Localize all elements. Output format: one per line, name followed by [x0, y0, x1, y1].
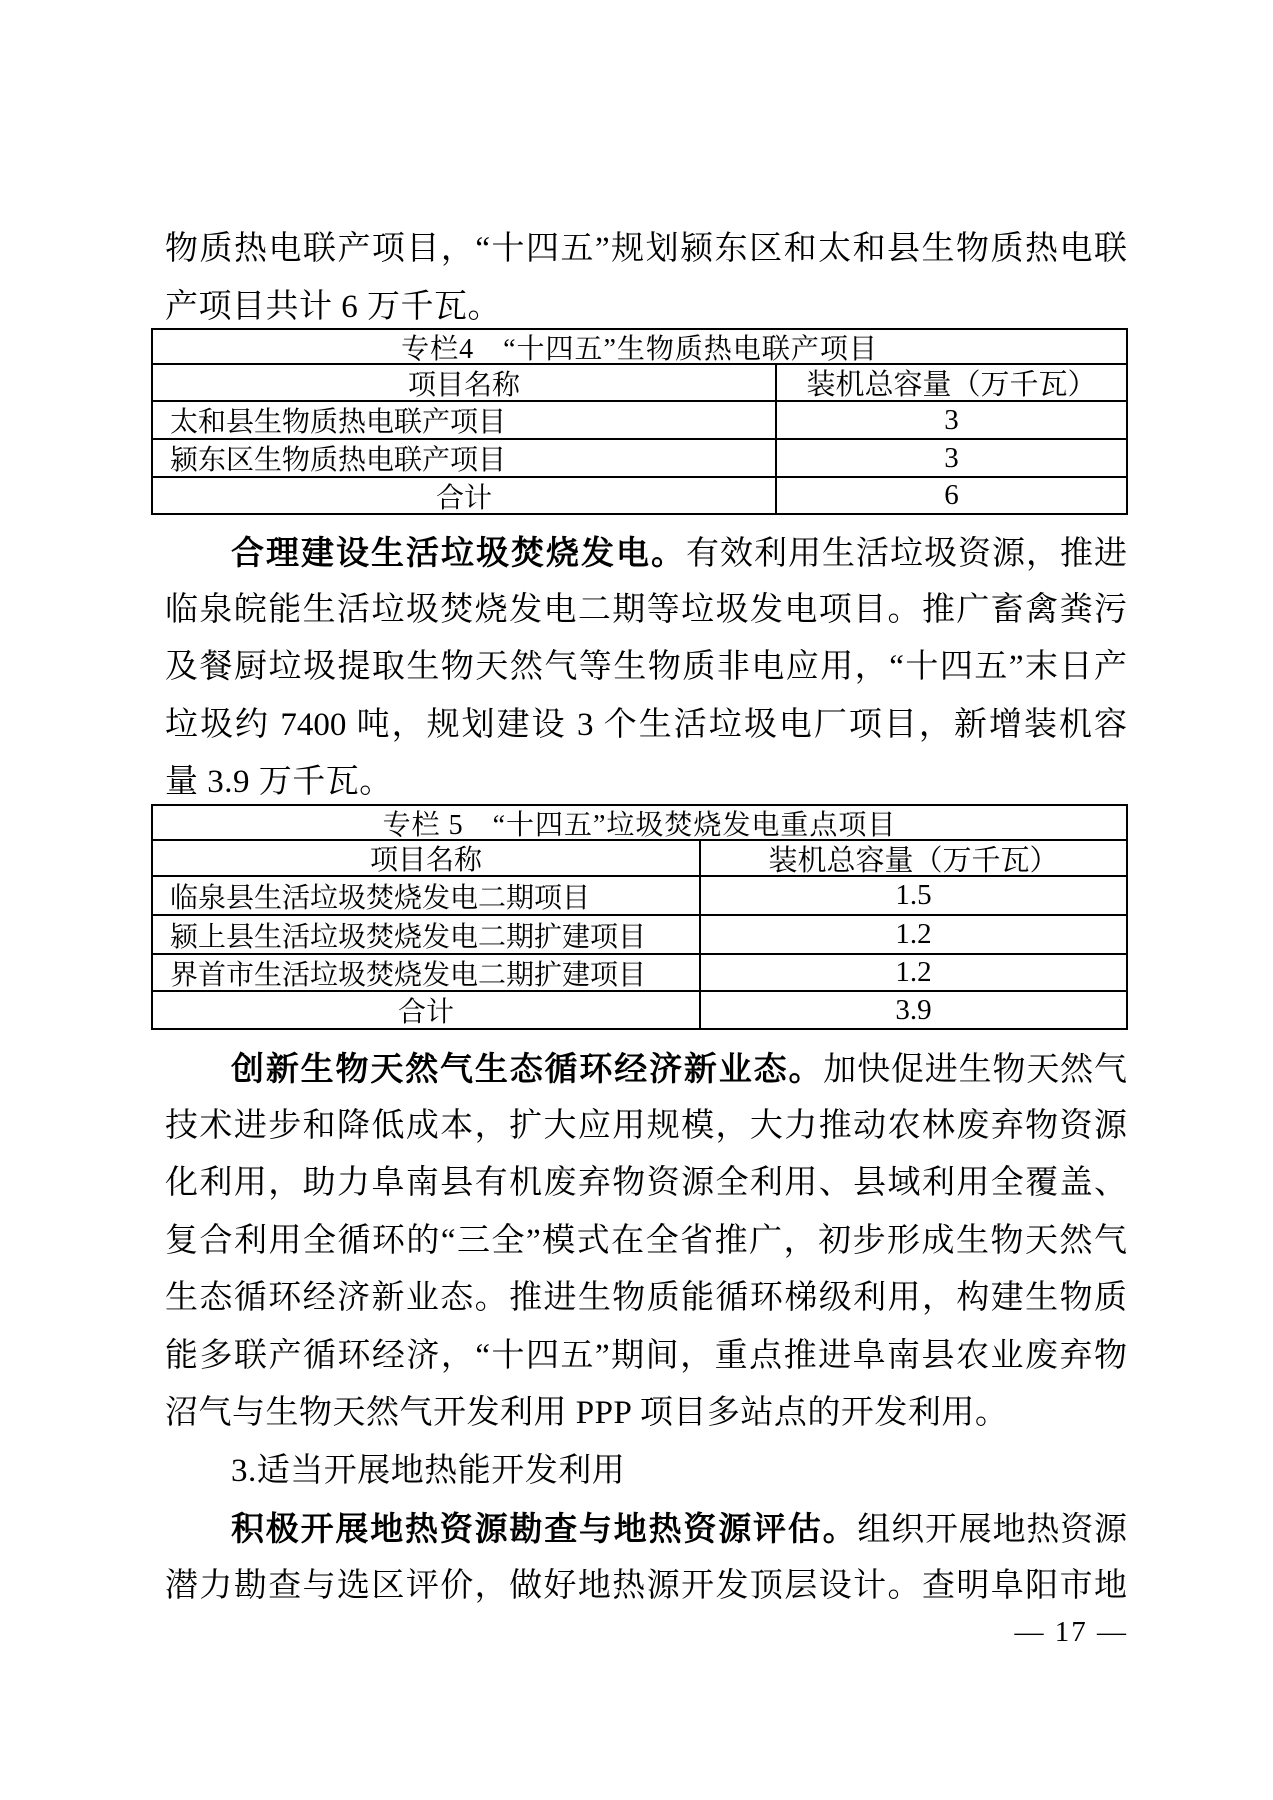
table-title: 专栏4 “十四五”生物质热电联产项目	[401, 327, 878, 367]
body-text: 潜力勘查与选区评价，做好地热源开发顶层设计。查明阜阳市地	[165, 1568, 1127, 1604]
panel-table-4: 专栏4 “十四五”生物质热电联产项目项目名称装机总容量（万千瓦）太和县生物质热电…	[151, 328, 1128, 515]
body-text: 化利用，助力阜南县有机废弃物资源全利用、县域利用全覆盖、	[165, 1165, 1127, 1201]
body-line: 积极开展地热资源勘查与地热资源评估。组织开展地热资源	[165, 1500, 1127, 1558]
table-header-row: 项目名称装机总容量（万千瓦）	[153, 365, 1126, 402]
capacity-value-cell: 1.5	[699, 877, 1126, 914]
column-header-capacity: 装机总容量（万千瓦）	[699, 841, 1126, 875]
body-text: 临泉皖能生活垃圾焚烧发电二期等垃圾发电项目。推广畜禽粪污	[165, 592, 1127, 628]
lead-in-bold-text: 合理建设生活垃圾焚烧发电。	[231, 534, 686, 571]
body-text: 复合利用全循环的“三全”模式在全省推广，初步形成生物天然气	[165, 1223, 1127, 1259]
project-name-cell: 太和县生物质热电联产项目	[153, 402, 775, 438]
body-text: 垃圾约 7400 吨，规划建设 3 个生活垃圾电厂项目，新增装机容	[165, 707, 1127, 743]
total-label-cell: 合计	[153, 478, 775, 513]
paragraph: 3.适当开展地热能开发利用	[165, 1443, 1127, 1501]
table-total-row: 合计3.9	[153, 992, 1126, 1028]
capacity-value-cell: 1.2	[699, 955, 1126, 990]
total-label-cell: 合计	[153, 992, 699, 1028]
table-row: 颍东区生物质热电联产项目3	[153, 440, 1126, 478]
paragraph: 物质热电联产项目，“十四五”规划颍东区和太和县生物质热电联产项目共计 6 万千瓦…	[165, 221, 1127, 336]
body-text: 生态循环经济新业态。推进生物质能循环梯级利用，构建生物质	[165, 1280, 1127, 1316]
body-line: 垃圾约 7400 吨，规划建设 3 个生活垃圾电厂项目，新增装机容	[165, 697, 1127, 755]
lead-in-bold-text: 积极开展地热资源勘查与地热资源评估。	[231, 1510, 857, 1547]
body-text: 能多联产循环经济，“十四五”期间，重点推进阜南县农业废弃物	[165, 1338, 1127, 1374]
capacity-value-cell: 1.2	[699, 916, 1126, 953]
body-text: 量 3.9 万千瓦。	[165, 764, 393, 800]
body-text: 技术进步和降低成本，扩大应用规模，大力推动农林废弃物资源	[165, 1108, 1127, 1144]
body-line: 复合利用全循环的“三全”模式在全省推广，初步形成生物天然气	[165, 1213, 1127, 1271]
project-name-cell: 临泉县生活垃圾焚烧发电二期项目	[153, 877, 699, 914]
lead-in-bold-text: 创新生物天然气生态循环经济新业态。	[231, 1050, 823, 1087]
body-line: 沼气与生物天然气开发利用 PPP 项目多站点的开发利用。	[165, 1385, 1127, 1443]
table-title-row: 专栏 5 “十四五”垃圾焚烧发电重点项目	[153, 806, 1126, 841]
table-total-row: 合计6	[153, 478, 1126, 513]
body-text: 有效利用生活垃圾资源，推进	[686, 536, 1127, 572]
table-row: 颍上县生活垃圾焚烧发电二期扩建项目1.2	[153, 916, 1126, 955]
body-line: 3.适当开展地热能开发利用	[165, 1443, 1127, 1501]
column-header-capacity: 装机总容量（万千瓦）	[775, 365, 1126, 400]
paragraph: 创新生物天然气生态循环经济新业态。加快促进生物天然气技术进步和降低成本，扩大应用…	[165, 1040, 1127, 1443]
body-line: 创新生物天然气生态循环经济新业态。加快促进生物天然气	[165, 1040, 1127, 1098]
project-name-cell: 界首市生活垃圾焚烧发电二期扩建项目	[153, 955, 699, 990]
table-row: 太和县生物质热电联产项目3	[153, 402, 1126, 440]
body-text: 物质热电联产项目，“十四五”规划颍东区和太和县生物质热电联	[165, 231, 1127, 267]
table-row: 临泉县生活垃圾焚烧发电二期项目1.5	[153, 877, 1126, 916]
table-header-row: 项目名称装机总容量（万千瓦）	[153, 841, 1126, 877]
body-text: 及餐厨垃圾提取生物天然气等生物质非电应用，“十四五”末日产	[165, 649, 1127, 685]
column-header-project-name: 项目名称	[153, 841, 699, 875]
body-line: 及餐厨垃圾提取生物天然气等生物质非电应用，“十四五”末日产	[165, 639, 1127, 697]
project-name-cell: 颍东区生物质热电联产项目	[153, 440, 775, 476]
body-line: 技术进步和降低成本，扩大应用规模，大力推动农林废弃物资源	[165, 1098, 1127, 1156]
panel-table-5: 专栏 5 “十四五”垃圾焚烧发电重点项目项目名称装机总容量（万千瓦）临泉县生活垃…	[151, 804, 1128, 1030]
body-text: 沼气与生物天然气开发利用 PPP 项目多站点的开发利用。	[165, 1395, 1008, 1431]
paragraph: 积极开展地热资源勘查与地热资源评估。组织开展地热资源潜力勘查与选区评价，做好地热…	[165, 1500, 1127, 1615]
total-value-cell: 6	[775, 478, 1126, 513]
body-line: 生态循环经济新业态。推进生物质能循环梯级利用，构建生物质	[165, 1270, 1127, 1328]
table-title: 专栏 5 “十四五”垃圾焚烧发电重点项目	[383, 803, 897, 843]
body-line: 能多联产循环经济，“十四五”期间，重点推进阜南县农业废弃物	[165, 1328, 1127, 1386]
body-line: 潜力勘查与选区评价，做好地热源开发顶层设计。查明阜阳市地	[165, 1558, 1127, 1616]
body-text: 产项目共计 6 万千瓦。	[165, 289, 501, 325]
table-row: 界首市生活垃圾焚烧发电二期扩建项目1.2	[153, 955, 1126, 992]
body-line: 合理建设生活垃圾焚烧发电。有效利用生活垃圾资源，推进	[165, 524, 1127, 582]
body-line: 物质热电联产项目，“十四五”规划颍东区和太和县生物质热电联	[165, 221, 1127, 279]
column-header-project-name: 项目名称	[153, 365, 775, 400]
body-line: 化利用，助力阜南县有机废弃物资源全利用、县域利用全覆盖、	[165, 1155, 1127, 1213]
page-number: — 17 —	[1015, 1612, 1129, 1652]
body-text: 3.适当开展地热能开发利用	[231, 1453, 625, 1489]
body-line: 临泉皖能生活垃圾焚烧发电二期等垃圾发电项目。推广畜禽粪污	[165, 582, 1127, 640]
body-text: 加快促进生物天然气	[823, 1052, 1127, 1088]
table-title-row: 专栏4 “十四五”生物质热电联产项目	[153, 330, 1126, 365]
project-name-cell: 颍上县生活垃圾焚烧发电二期扩建项目	[153, 916, 699, 953]
paragraph: 合理建设生活垃圾焚烧发电。有效利用生活垃圾资源，推进临泉皖能生活垃圾焚烧发电二期…	[165, 524, 1127, 812]
capacity-value-cell: 3	[775, 440, 1126, 476]
document-page: 物质热电联产项目，“十四五”规划颍东区和太和县生物质热电联产项目共计 6 万千瓦…	[0, 0, 1273, 1800]
body-text: 组织开展地热资源	[857, 1512, 1127, 1548]
capacity-value-cell: 3	[775, 402, 1126, 438]
total-value-cell: 3.9	[699, 992, 1126, 1028]
